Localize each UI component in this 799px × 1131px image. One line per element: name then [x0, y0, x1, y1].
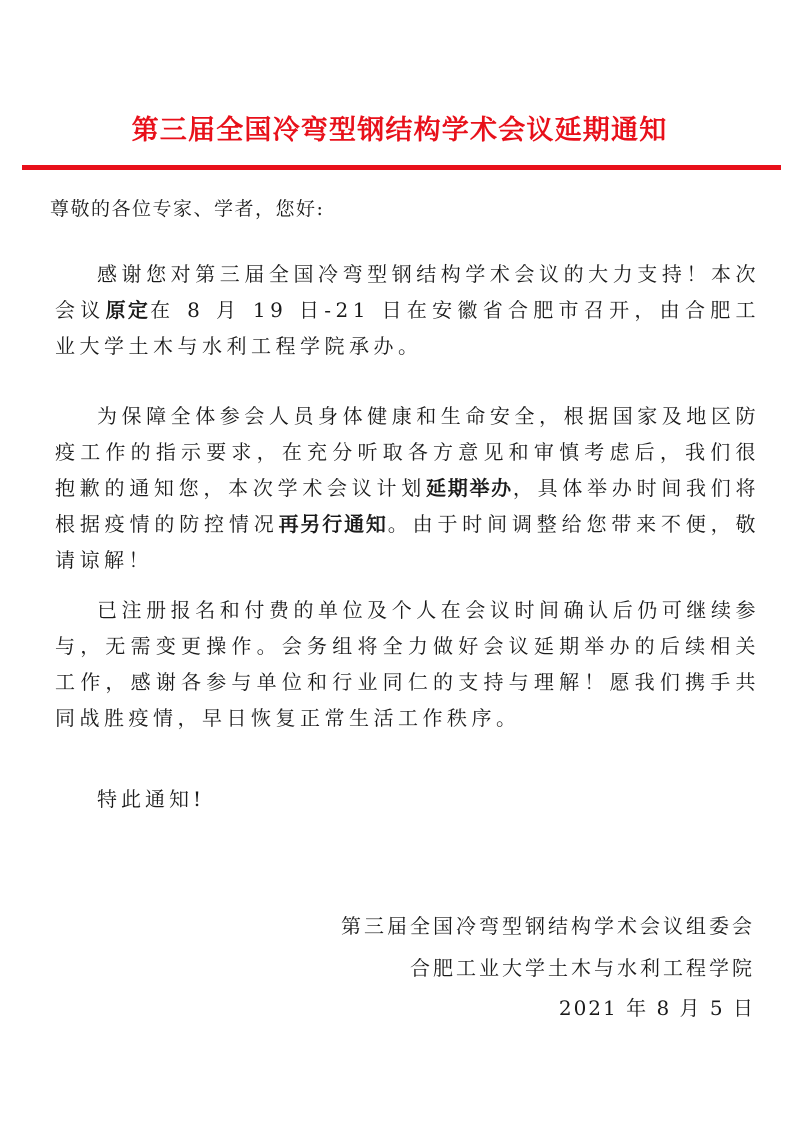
- emphasis-further-notice: 再另行通知: [279, 512, 388, 536]
- signature-organizer: 第三届全国冷弯型钢结构学术会议组委会: [341, 906, 755, 946]
- signature-institution: 合肥工业大学土木与水利工程学院: [410, 948, 755, 988]
- paragraph-original-schedule: 感谢您对第三届全国冷弯型钢结构学术会议的大力支持！本次会议原定在 8 月 19 …: [55, 256, 760, 364]
- paragraph-registration: 已注册报名和付费的单位及个人在会议时间确认后仍可继续参与，无需变更操作。会务组将…: [55, 592, 760, 736]
- text-segment: 已注册报名和付费的单位及个人在会议时间确认后仍可继续参与，无需变更操作。会务组将…: [55, 598, 760, 730]
- emphasis-postponed: 延期举办: [426, 476, 513, 500]
- closing-line: 特此通知!: [97, 781, 205, 817]
- text-segment: 在 8 月 19 日-21 日在安徽省合肥市召开，由合肥工业大学土木与水利工程学…: [55, 298, 760, 358]
- salutation: 尊敬的各位专家、学者，您好:: [50, 194, 324, 224]
- title-divider: [22, 165, 781, 170]
- emphasis-original-date: 原定: [106, 298, 151, 322]
- signature-date: 2021 年 8 月 5 日: [559, 988, 755, 1028]
- paragraph-postponement: 为保障全体参会人员身体健康和生命安全，根据国家及地区防疫工作的指示要求，在充分听…: [55, 398, 760, 578]
- notice-title: 第三届全国冷弯型钢结构学术会议延期通知: [0, 112, 799, 150]
